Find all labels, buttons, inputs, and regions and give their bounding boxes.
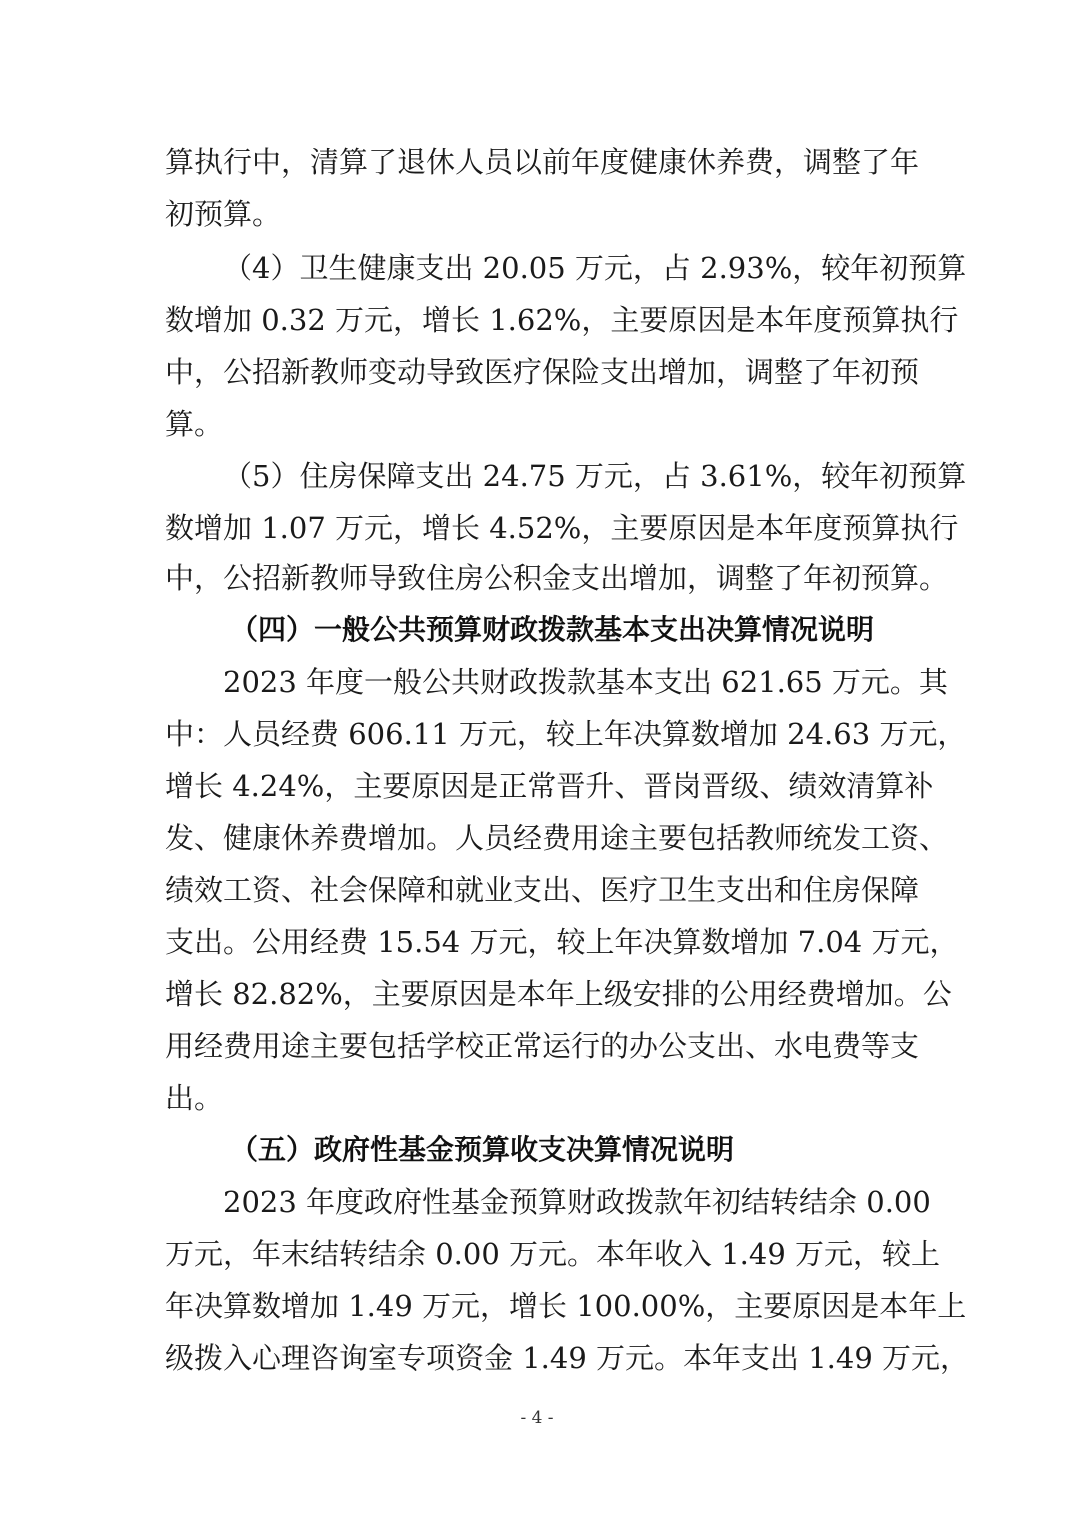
section-heading: （五）政府性基金预算收支决算情况说明 xyxy=(230,1130,734,1170)
paragraph-line: 年决算数增加 1.49 万元，增长 100.00%，主要原因是本年上 xyxy=(165,1286,913,1326)
paragraph-line: （5）住房保障支出 24.75 万元，占 3.61%，较年初预算 xyxy=(223,456,913,496)
paragraph-line: 数增加 0.32 万元，增长 1.62%，主要原因是本年度预算执行 xyxy=(165,300,913,340)
paragraph-line: 算。 xyxy=(165,404,913,444)
paragraph-line: 中：人员经费 606.11 万元，较上年决算数增加 24.63 万元， xyxy=(165,714,913,754)
paragraph-line: 2023 年度政府性基金预算财政拨款年初结转结余 0.00 xyxy=(223,1182,913,1222)
paragraph-line: 中，公招新教师变动导致医疗保险支出增加，调整了年初预 xyxy=(165,352,913,392)
paragraph-line: （4）卫生健康支出 20.05 万元，占 2.93%，较年初预算 xyxy=(223,248,913,288)
document-page: 算执行中，清算了退休人员以前年度健康休养费，调整了年 初预算。 （4）卫生健康支… xyxy=(0,0,1074,1520)
paragraph-line: 增长 82.82%，主要原因是本年上级安排的公用经费增加。公 xyxy=(165,974,913,1014)
page-number: - 4 - xyxy=(0,1408,1074,1428)
paragraph-line: 绩效工资、社会保障和就业支出、医疗卫生支出和住房保障 xyxy=(165,870,913,910)
section-heading: （四）一般公共预算财政拨款基本支出决算情况说明 xyxy=(230,610,874,650)
paragraph-line: 级拨入心理咨询室专项资金 1.49 万元。本年支出 1.49 万元， xyxy=(165,1338,913,1378)
paragraph-line: 算执行中，清算了退休人员以前年度健康休养费，调整了年 xyxy=(165,142,913,182)
paragraph-line: 中，公招新教师导致住房公积金支出增加，调整了年初预算。 xyxy=(165,558,913,598)
paragraph-line: 出。 xyxy=(165,1078,913,1118)
paragraph-line: 增长 4.24%，主要原因是正常晋升、晋岗晋级、绩效清算补 xyxy=(165,766,913,806)
paragraph-line: 用经费用途主要包括学校正常运行的办公支出、水电费等支 xyxy=(165,1026,913,1066)
paragraph-line: 发、健康休养费增加。人员经费用途主要包括教师统发工资、 xyxy=(165,818,913,858)
paragraph-line: 数增加 1.07 万元，增长 4.52%，主要原因是本年度预算执行 xyxy=(165,508,913,548)
paragraph-line: 初预算。 xyxy=(165,194,913,234)
paragraph-line: 万元，年末结转结余 0.00 万元。本年收入 1.49 万元，较上 xyxy=(165,1234,913,1274)
paragraph-line: 支出。公用经费 15.54 万元，较上年决算数增加 7.04 万元， xyxy=(165,922,913,962)
paragraph-line: 2023 年度一般公共财政拨款基本支出 621.65 万元。其 xyxy=(223,662,913,702)
